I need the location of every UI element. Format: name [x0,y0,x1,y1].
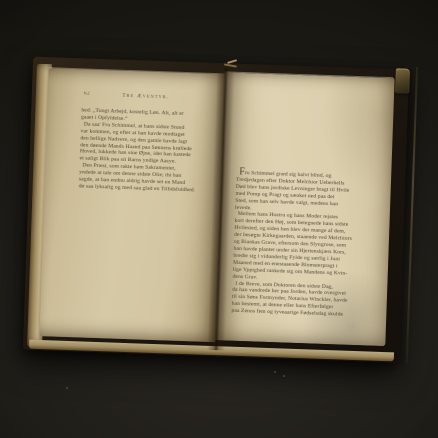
drop-cap: F [239,169,245,174]
dust-speck [58,304,60,306]
right-page-text: Fru Schimmel græd sig halvt blind, ogTre… [231,169,371,320]
open-book: 62 Tre Æventyr. hed: „Tungt Arbejd, kost… [31,62,395,354]
dust-speck [283,375,285,377]
cover-edge-sheen [406,67,418,363]
left-page-text: hed: „Tungt Arbejd, kostelig Løn. Alt, a… [79,107,210,194]
left-page: 62 Tre Æventyr. hed: „Tungt Arbejd, kost… [39,68,224,342]
binding-threads [221,58,243,72]
photo-backdrop: 62 Tre Æventyr. hed: „Tungt Arbejd, kost… [0,0,438,438]
left-page-header: 62 Tre Æventyr. [82,91,210,103]
dust-speck [66,387,68,389]
running-title: Tre Æventyr. [82,91,210,101]
right-page: Fru Schimmel græd sig halvt blind, ogTre… [215,72,394,346]
dust-speck [274,371,276,373]
corner-protector [395,68,410,93]
